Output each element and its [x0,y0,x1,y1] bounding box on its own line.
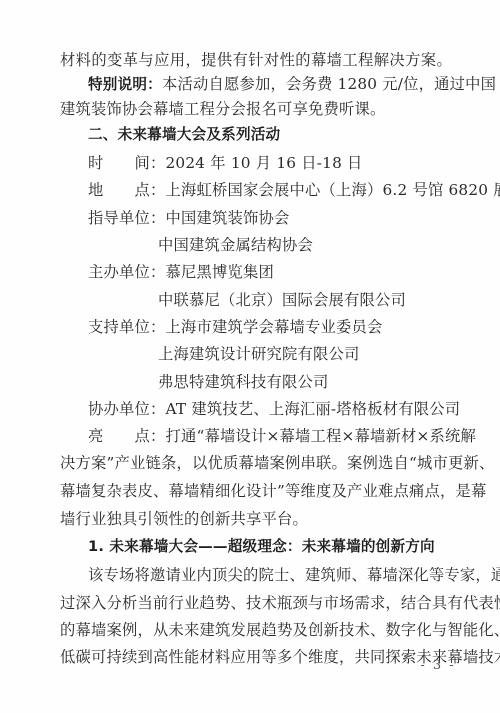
highlight-label: 亮 点： [88,425,166,447]
info-row-host: 主办单位：慕尼黑博览集团 [88,261,452,283]
co-organizer-label: 协办单位： [88,398,166,420]
special-note-label: 特别说明： [88,76,162,93]
support-unit: 弗思特建筑科技有限公司 [158,371,458,393]
body-line: 低碳可持续到高性能材料应用等多个维度，共同探索未来幕墙技术 [60,646,452,668]
info-row-highlight: 亮 点：打通“幕墙设计×幕墙工程×幕墙新材×系统解 [88,425,452,447]
paragraph-line: 建筑装饰协会幕墙工程分会报名可享免费听课。 [60,98,452,120]
highlight-line: 决方案”产业链条，以优质幕墙案例串联。案例选自“城市更新、 [60,452,452,474]
paragraph-line: 材料的变革与应用，提供有针对性的幕墙工程解决方案。 [60,49,452,71]
special-note-text: 本活动自愿参加，会务费 1280 元/位，通过中国 [162,75,496,93]
guide-unit: 中国建筑装饰协会 [166,209,290,227]
section-heading: 二、未来幕墙大会及系列活动 [88,124,452,146]
support-label: 支持单位： [88,316,166,338]
document-page: 材料的变革与应用，提供有针对性的幕墙工程解决方案。 特别说明：本活动自愿参加，会… [0,0,500,713]
info-row-co-organizer: 协办单位：AT 建筑技艺、上海汇丽-塔格板材有限公司 [88,398,452,420]
special-note: 特别说明：本活动自愿参加，会务费 1280 元/位，通过中国 [88,73,452,95]
time-label: 时 间： [88,152,166,174]
host-label: 主办单位： [88,261,166,283]
highlight-text: 打通“幕墙设计×幕墙工程×幕墙新材×系统解 [166,427,477,445]
body-line: 的幕墙案例，从未来建筑发展趋势及创新技术、数字化与智能化、 [60,619,452,641]
info-row-guide: 指导单位：中国建筑装饰协会 [88,207,452,229]
place-value: 上海虹桥国家会展中心（上海）6.2 号馆 6820 展位 [166,181,500,199]
guide-label: 指导单位： [88,207,166,229]
support-unit: 上海市建筑学会幕墙专业委员会 [166,318,383,336]
subsection-heading: 1. 未来幕墙大会——超级理念：未来幕墙的创新方向 [88,536,452,558]
co-organizer-value: AT 建筑技艺、上海汇丽-塔格板材有限公司 [166,400,461,418]
page-number: - 3 - [418,656,458,676]
info-row-time: 时 间：2024 年 10 月 16 日-18 日 [88,152,452,174]
place-label: 地 点： [88,179,166,201]
host-unit: 慕尼黑博览集团 [166,263,274,281]
highlight-line: 幕墙复杂表皮、幕墙精细化设计”等维度及产业难点痛点，是幕 [60,480,452,502]
body-line: 过深入分析当前行业趋势、技术瓶颈与市场需求，结合具有代表性 [60,592,452,614]
support-unit: 上海建筑设计研究院有限公司 [158,343,458,365]
highlight-line: 墙行业独具引领性的创新共享平台。 [60,508,452,530]
host-unit: 中联慕尼（北京）国际会展有限公司 [158,289,458,311]
info-row-place: 地 点：上海虹桥国家会展中心（上海）6.2 号馆 6820 展位 [88,179,452,201]
time-value: 2024 年 10 月 16 日-18 日 [166,154,363,172]
info-row-support: 支持单位：上海市建筑学会幕墙专业委员会 [88,316,452,338]
guide-unit: 中国建筑金属结构协会 [158,234,458,256]
body-line: 该专场将邀请业内顶尖的院士、建筑师、幕墙深化等专家，通 [88,564,452,586]
